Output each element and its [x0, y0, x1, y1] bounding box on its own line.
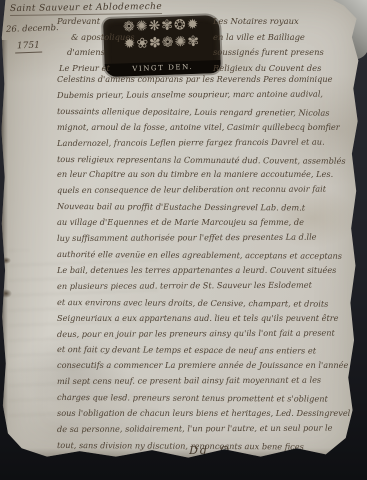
ink-blot: [0, 289, 12, 298]
body-line: Dubemis prieur, Louis anselme souprieur,…: [57, 86, 359, 103]
body-line: Celestins d'amiens comparans par les Rev…: [57, 72, 359, 88]
notary-paraph: Dd. Q: [150, 444, 270, 459]
body-line: en plusieurs pieces aud. terroir de St. …: [57, 277, 359, 294]
body-line: Seigneuriaux a eux appartenans aud. lieu…: [57, 311, 359, 327]
opening-lines: PardevantLes Notaires royaux& apostoliqu…: [57, 14, 359, 77]
body-line: quels en consequence de leur deliberatio…: [57, 182, 359, 199]
body-line: toussaints allenique depositaire, Louis …: [57, 104, 359, 122]
opening-right-fragment: soussignés furent presens: [213, 45, 359, 61]
body-line: Le bail, detenues les terres appartenant…: [57, 263, 359, 279]
opening-right-fragment: Les Notaires royaux: [213, 14, 359, 30]
body-line: tous religieux representans la Communaut…: [57, 152, 359, 170]
margin-year: 1751: [15, 41, 42, 54]
opening-row: d'amienssoussignés furent presens: [57, 45, 359, 61]
body-line: deus, pour en jouir par les preneurs ain…: [57, 325, 359, 342]
opening-row: PardevantLes Notaires royaux: [57, 14, 359, 30]
body-line: Landernozel, francois Leflen pierre farg…: [57, 134, 359, 151]
body-line: Nouveau bail au proffit d'Eustache Dessi…: [57, 199, 359, 217]
body-line: authorité elle avenüe en elles agreablem…: [57, 247, 359, 265]
opening-right-fragment: en la ville et Bailliage: [213, 30, 359, 46]
body-line: et aux environs avec leurs droits, de Ce…: [57, 295, 359, 313]
body-line: sous l'obligation de chacun leurs biens …: [57, 406, 359, 422]
body-line: et ont fait cy devant Le temps et espace…: [57, 342, 359, 360]
manuscript-scan: Saint Sauveur et Ablodemeche 26. decemb.…: [0, 0, 367, 480]
body-text: Celestins d'amiens comparans par les Rev…: [57, 72, 359, 454]
body-line: mil sept cens neuf. ce present bail ains…: [57, 373, 359, 390]
opening-left-fragment: d'amiens: [57, 45, 105, 61]
ink-blot: [1, 257, 11, 264]
opening-row: & apostoliquesen la ville et Bailliage: [57, 30, 359, 46]
body-line: charges que lesd. preneurs seront tenus …: [57, 390, 359, 408]
manuscript-page: Saint Sauveur et Ablodemeche 26. decemb.…: [0, 0, 362, 466]
body-line: mignot, arnoul de la fosse, antoine vite…: [57, 120, 359, 136]
body-line: de sa personne, solidairement, l'un pour…: [57, 420, 359, 437]
opening-left-fragment: & apostoliques: [57, 30, 135, 46]
opening-left-fragment: Pardevant: [57, 14, 100, 30]
body-line: luy suffisamment authorisée pour l'effet…: [57, 229, 359, 246]
margin-date: 26. decemb.: [6, 23, 59, 35]
